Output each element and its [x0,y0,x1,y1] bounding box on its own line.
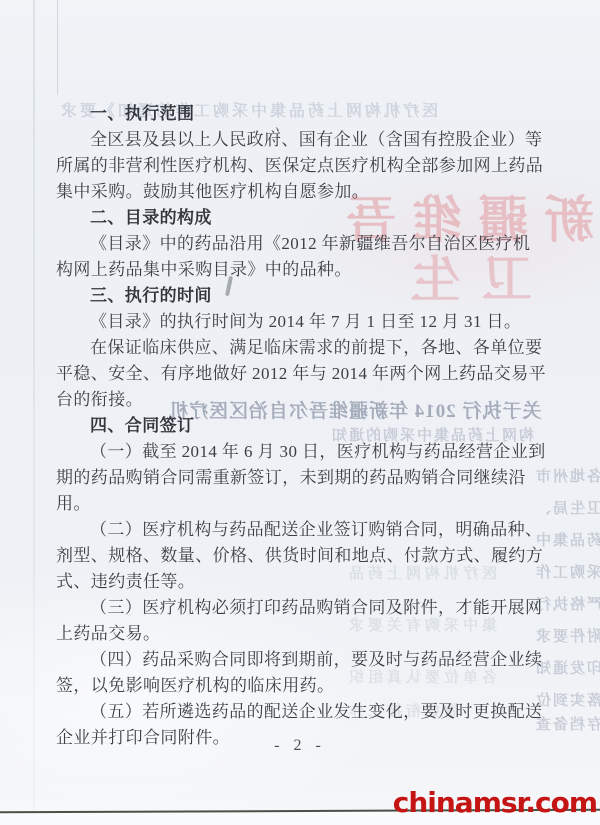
doc-heading: 三、执行的时间 [56,283,530,309]
doc-line: 构网上药品集中采购目录》中的品种。 [56,257,530,283]
watermark-chinamsr: chinamsr.com [393,786,597,819]
doc-line: 台的衔接。 [56,387,530,413]
doc-line: （四）药品采购合同即将到期前，要及时与药品经营企业续 [56,647,530,673]
doc-line: 集中采购。鼓励其他医疗机构自愿参加。 [56,179,530,205]
bleedthrough-text: 药品集中 [534,529,600,550]
page-number: - 2 - [0,737,600,755]
doc-line: （一）截至 2014 年 6 月 30 日，医疗机构与药品经营企业到 [56,439,530,465]
doc-line: 所属的非营利性医疗机构、医保定点医疗机构全部参加网上药品 [56,153,530,179]
doc-line: 式、违约责任等。 [56,569,530,595]
doc-line: （二）医疗机构与药品配送企业签订购销合同，明确品种、 [56,517,530,543]
doc-line: 上药品交易。 [56,621,530,647]
bleedthrough-text: 严格执行 [534,593,600,614]
scanned-document-page: 医疗机构网上药品集中采购工作的通知》要求 新疆维吾 卫生 关于执行 2014 年… [0,0,600,825]
bleedthrough-text: 印发通知 [534,657,600,678]
doc-line: 平稳、安全、有序地做好 2012 年与 2014 年两个网上药品交易平 [56,361,530,387]
doc-line: （三）医疗机构必须打印药品购销合同及附件，才能开展网 [56,595,530,621]
doc-line: 《目录》中的药品沿用《2012 年新疆维吾尔自治区医疗机 [56,231,530,257]
doc-line: 用。 [56,491,530,517]
top-crease [57,0,58,95]
doc-line: 全区县及县以上人民政府、国有企业（含国有控股企业）等 [56,127,530,153]
doc-heading: 二、目录的构成 [56,205,530,231]
doc-heading: 四、合同签订 [56,413,530,439]
doc-line: 在保证临床供应、满足临床需求的前提下，各地、各单位要 [56,335,530,361]
left-crease [33,0,35,825]
bleedthrough-text: 存档备查 [534,713,600,734]
doc-line: 剂型、规格、数量、价格、供货时间和地点、付款方式、履约方 [56,543,530,569]
bleedthrough-text: 各地州市 [534,465,600,486]
doc-line: 签，以免影响医疗机构的临床用药。 [56,673,530,699]
doc-heading: 一、执行范围 [56,101,530,127]
doc-line: 期的药品购销合同需重新签订，未到期的药品购销合同继续沿 [56,465,530,491]
doc-line: 《目录》的执行时间为 2014 年 7 月 1 日至 12 月 31 日。 [56,309,530,335]
bleedthrough-text: 附件要求 [534,625,600,646]
bleedthrough-text: 采购工作 [534,561,600,582]
bleedthrough-text: 卫生局、 [534,497,600,518]
document-body: 一、执行范围 全区县及县以上人民政府、国有企业（含国有控股企业）等 所属的非营利… [56,101,530,751]
bleedthrough-text: 落实到位 [534,689,600,710]
doc-line: （五）若所遴选药品的配送企业发生变化，要及时更换配送 [56,699,530,725]
